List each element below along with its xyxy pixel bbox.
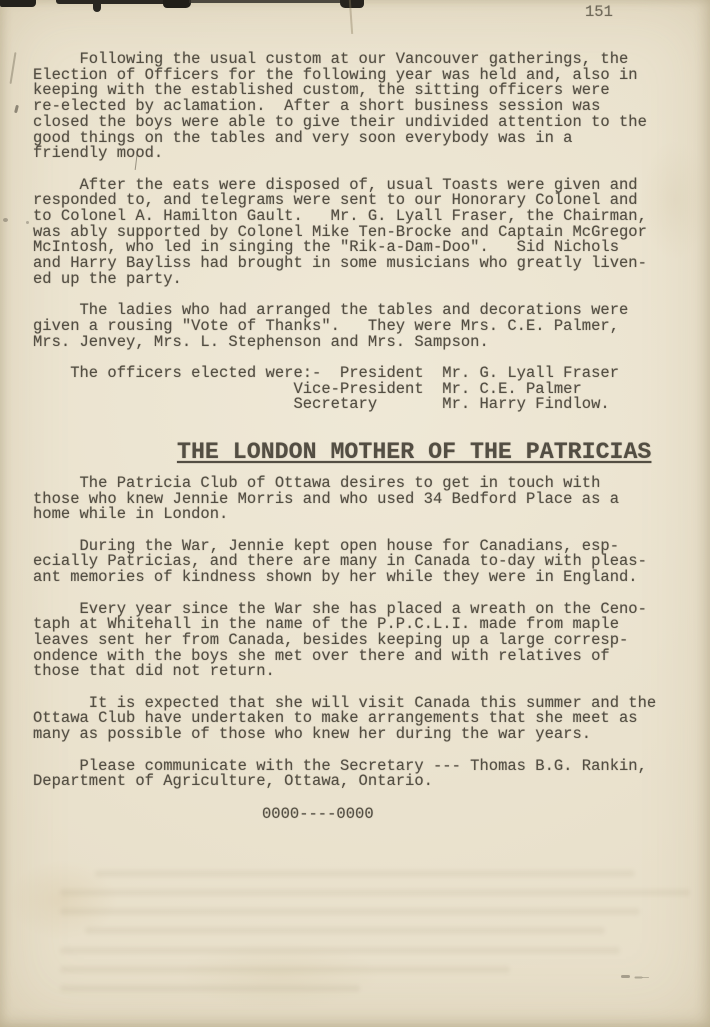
ink-speck (26, 221, 29, 224)
paragraph-during-the-war: During the War, Jennie kept open house f… (33, 539, 683, 586)
top-edge-tear (340, 0, 364, 8)
top-edge-tear (93, 0, 101, 12)
paragraph-toasts-and-telegrams: After the eats were disposed of, usual T… (33, 178, 683, 288)
ghost-line (95, 870, 635, 877)
top-edge-tear (189, 0, 341, 3)
paragraph-cenotaph-wreath: Every year since the War she has placed … (33, 602, 683, 681)
ghost-line (60, 908, 640, 915)
paragraph-contact-secretary: Please communicate with the Secretary --… (33, 759, 683, 790)
officers-elected-list: The officers elected were:- President Mr… (33, 366, 683, 413)
paragraph-election-of-officers: Following the usual custom at our Vancou… (33, 52, 683, 162)
crease-mark (10, 52, 16, 84)
ghost-line (60, 985, 360, 992)
ghost-line (85, 927, 605, 934)
ink-speck (3, 218, 8, 222)
section-heading-text: THE LONDON MOTHER OF THE PATRICIAS (177, 439, 651, 465)
ghost-line (60, 889, 690, 896)
top-edge-tear (0, 0, 36, 7)
ghost-line (60, 966, 510, 973)
ink-speck (14, 105, 19, 113)
paragraph-vote-of-thanks: The ladies who had arranged the tables a… (33, 303, 683, 350)
ink-smudge (621, 975, 630, 978)
document-page: 151 Following the usual custom at our Va… (0, 0, 710, 1027)
ghost-line (60, 947, 620, 954)
top-edge-tear (163, 0, 191, 8)
end-separator: 0000----0000 (262, 807, 683, 823)
top-edge-tear (56, 0, 166, 4)
section-heading-london-mother: THE LONDON MOTHER OF THE PATRICIAS (177, 445, 683, 461)
paragraph-patricia-club: The Patricia Club of Ottawa desires to g… (33, 476, 683, 523)
document-body: Following the usual custom at our Vancou… (33, 52, 683, 823)
page-number: 151 (585, 5, 613, 21)
crease-mark (349, 0, 353, 34)
paragraph-canada-visit: It is expected that she will visit Canad… (33, 696, 683, 743)
